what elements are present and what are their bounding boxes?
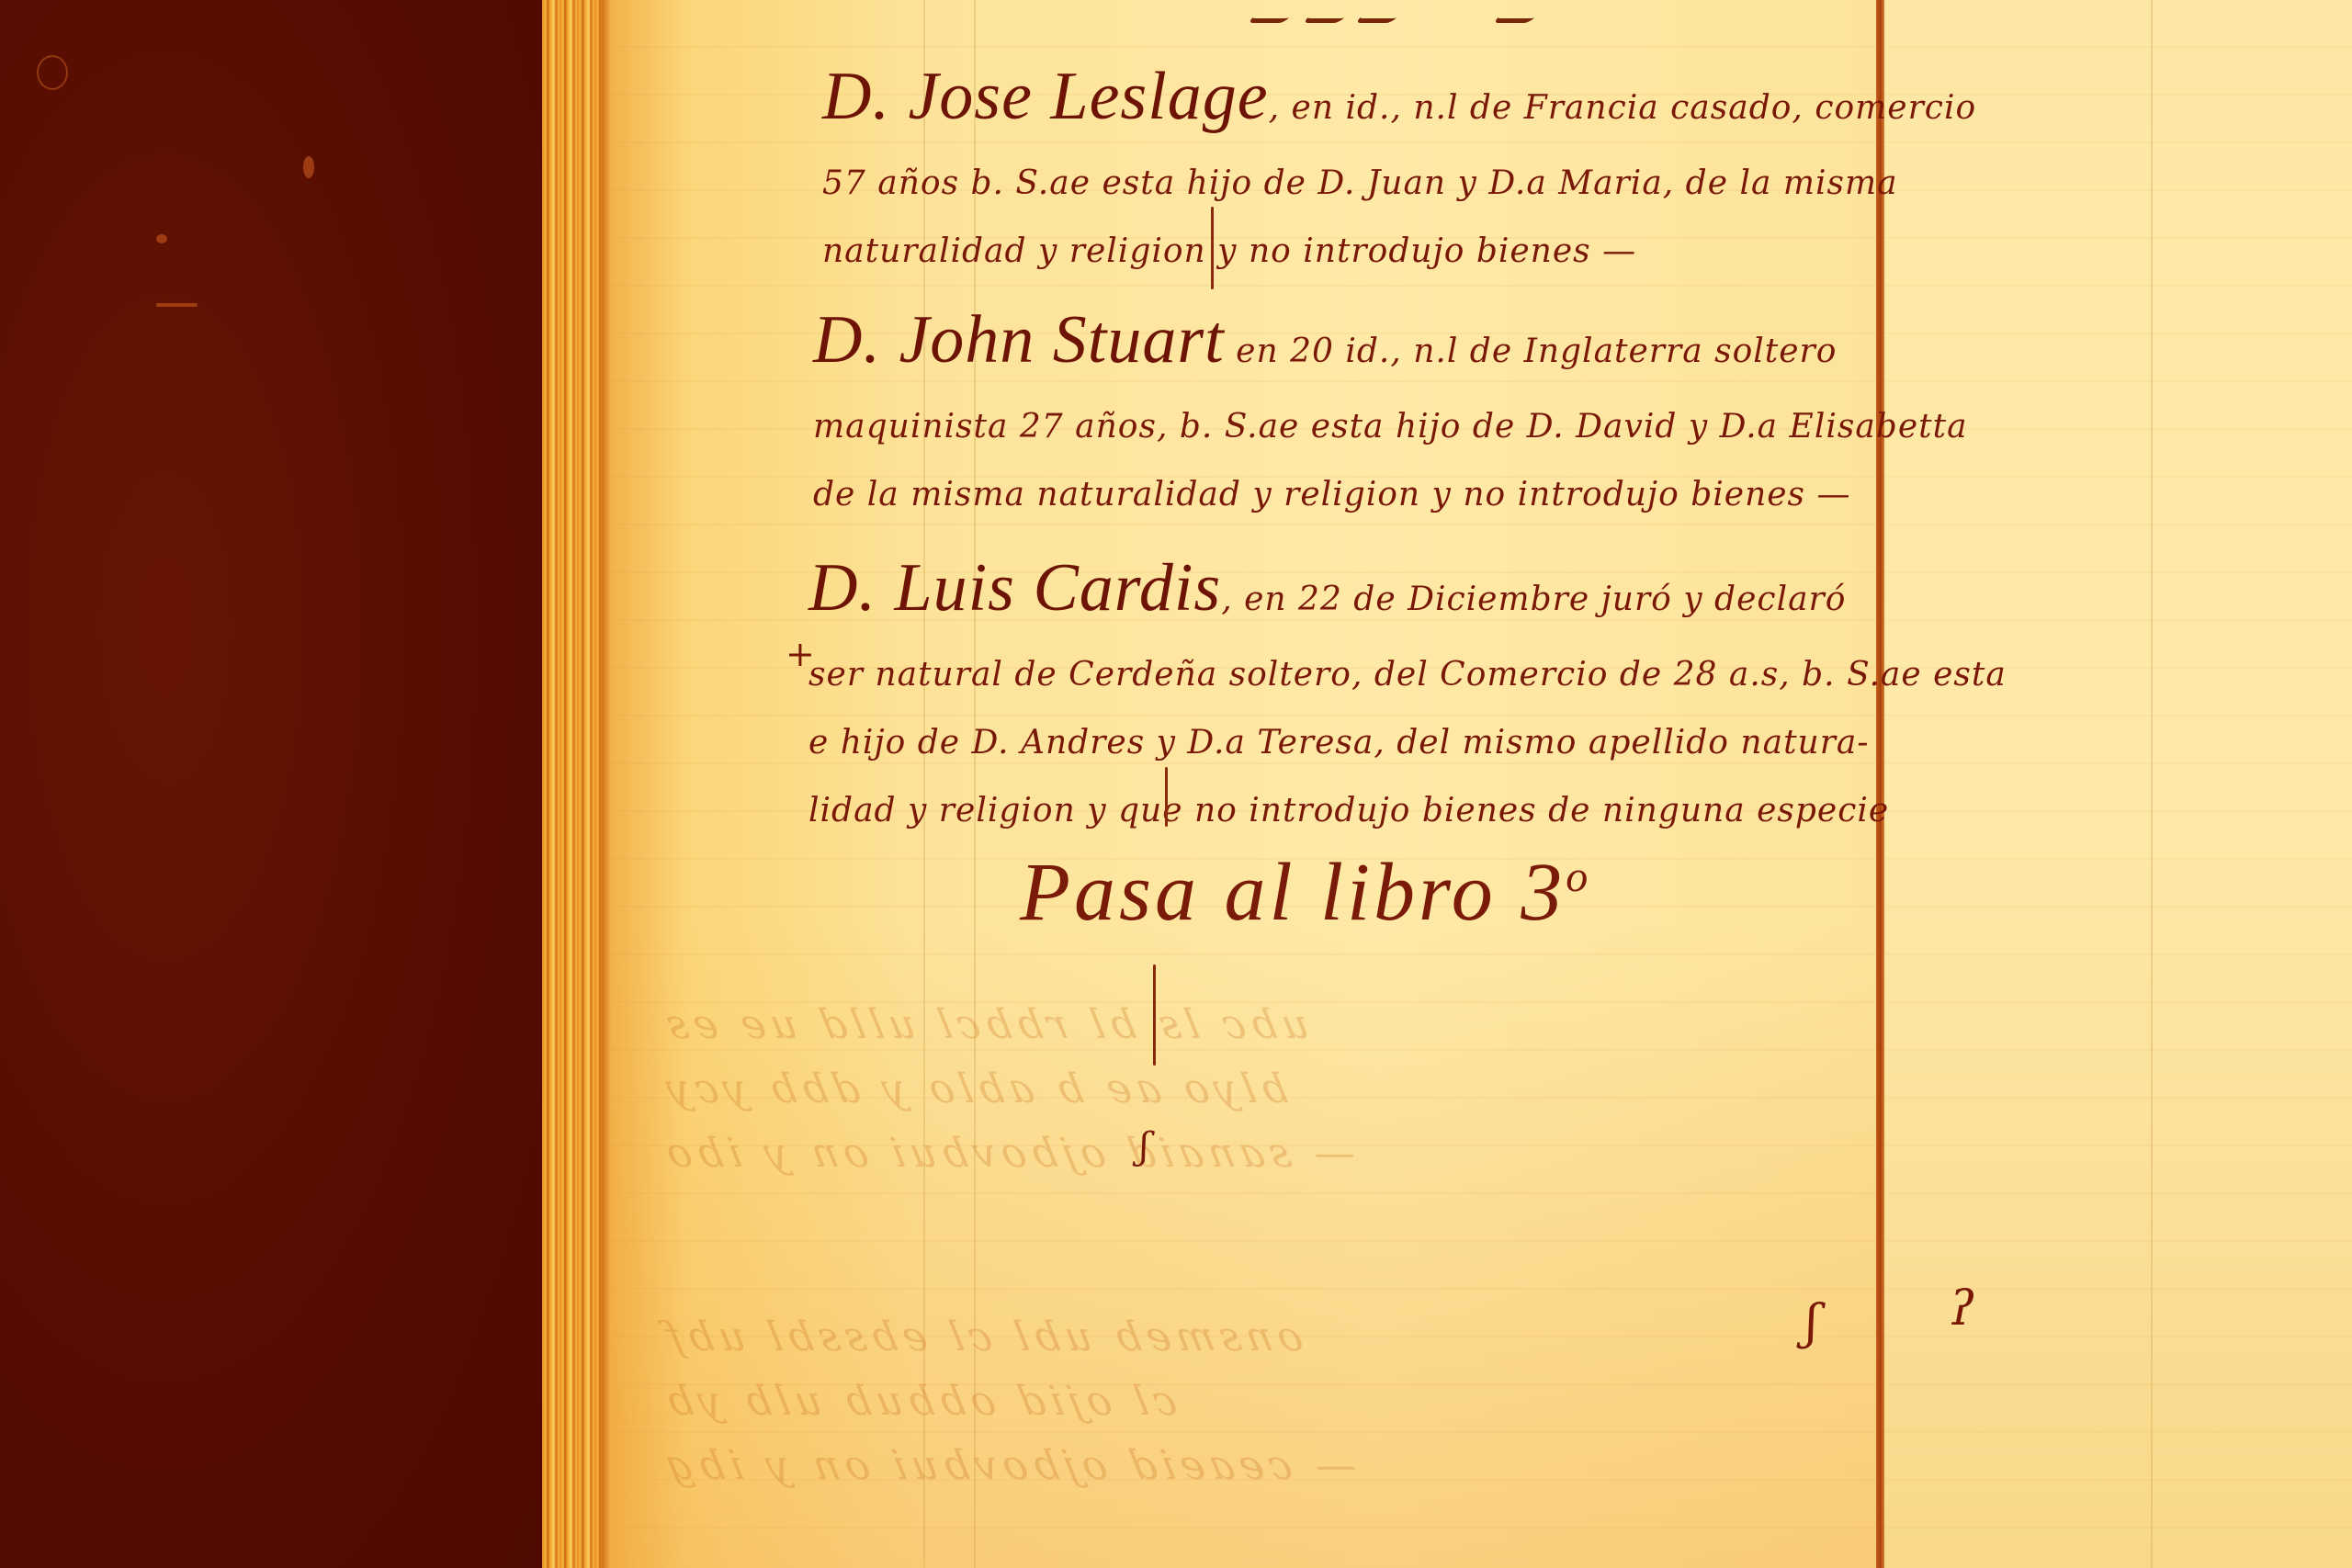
bleed-through-text: ubc ls bl rbbcl ulld ue es xyxy=(657,1001,1314,1048)
center-stroke xyxy=(1165,767,1168,827)
bleed-through-text: cl ojid obbub ulb yb xyxy=(657,1378,1182,1425)
entry-line: lidad y religion y que no introdujo bien… xyxy=(808,777,2007,845)
register-entry: D. Jose Leslage, en id., n.l de Francia … xyxy=(822,55,1976,286)
margin-mark: ʃ xyxy=(1805,1295,1818,1350)
bleed-through-text: — sanaid ojbovbui on y ibo xyxy=(657,1130,1360,1177)
entry-name: D. John Stuart xyxy=(813,302,1225,378)
bleed-through-text: blyo ae b ablo y dbb ycy xyxy=(657,1066,1292,1112)
dust-fiber xyxy=(156,303,198,307)
center-stroke xyxy=(1211,207,1214,289)
dust-speck xyxy=(156,234,167,243)
stacked-page-edges xyxy=(542,0,611,1568)
closing-note-text: Pasa al libro 3 xyxy=(1020,847,1566,938)
entry-first-line: D. John Stuart en 20 id., n.l de Inglate… xyxy=(813,299,1968,393)
register-entry: D. Luis Cardis, en 22 de Diciembre juró … xyxy=(808,547,2007,845)
center-stroke xyxy=(1153,964,1156,1066)
ink-flourish: ʃ xyxy=(1139,1125,1149,1168)
dark-backdrop xyxy=(0,0,551,1568)
bleed-through-text: — ceaeid ojbovbui on y ibg xyxy=(657,1442,1361,1489)
margin-mark: ʔ xyxy=(1950,1281,1975,1337)
entry-line: naturalidad y religion y no introdujo bi… xyxy=(822,218,1976,286)
dust-speck xyxy=(303,156,314,178)
document-photo: ubc ls bl rbbcl ulld ue es blyo ae b abl… xyxy=(0,0,2352,1568)
entry-name: D. Jose Leslage xyxy=(822,59,1269,134)
entry-line: ser natural de Cerdeña soltero, del Come… xyxy=(808,641,2007,709)
entry-line: de la misma naturalidad y religion y no … xyxy=(813,461,1968,529)
faint-column-rule xyxy=(2151,0,2153,1568)
entry-first-line: D. Jose Leslage, en id., n.l de Francia … xyxy=(822,55,1976,150)
register-entry: D. John Stuart en 20 id., n.l de Inglate… xyxy=(813,299,1968,529)
entry-name: D. Luis Cardis xyxy=(808,550,1221,626)
dust-ring xyxy=(37,55,68,90)
bleed-through-text: onsmeb ubl cl ebssbl ubf xyxy=(657,1314,1307,1360)
entry-line: maquinista 27 años, b. S.ae esta hijo de… xyxy=(813,393,1968,461)
closing-note-superscript: o xyxy=(1566,852,1591,901)
entry-line: e hijo de D. Andres y D.a Teresa, del mi… xyxy=(808,709,2007,777)
entry-line: 57 años b. S.ae esta hijo de D. Juan y D… xyxy=(822,150,1976,218)
entry-first-line: D. Luis Cardis, en 22 de Diciembre juró … xyxy=(808,547,2007,641)
closing-note: Pasa al libro 3o xyxy=(1020,845,1591,940)
